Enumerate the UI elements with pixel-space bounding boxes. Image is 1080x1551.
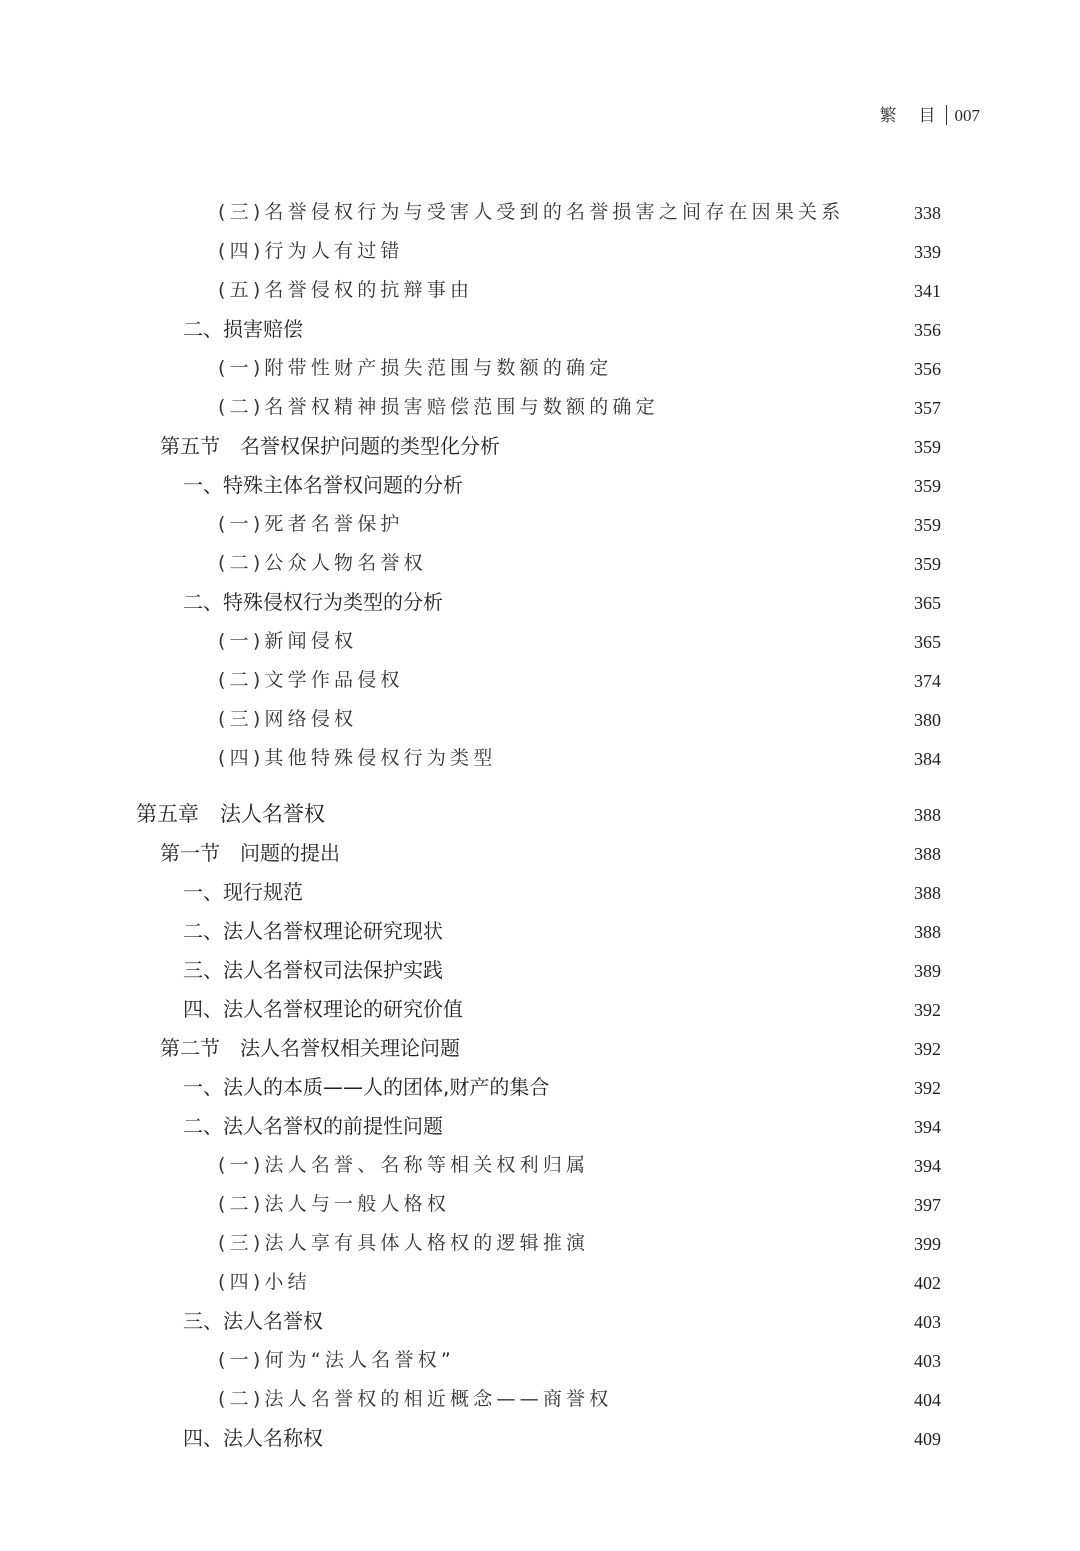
toc-entry[interactable]: (二)名誉权精神损害赔偿范围与数额的确定357 [0,394,1080,433]
toc-entry[interactable]: (三)法人享有具体人格权的逻辑推演399 [0,1230,1080,1269]
toc-entry-title: (二)名誉权精神损害赔偿范围与数额的确定 [218,394,659,420]
toc-entry[interactable]: (二)文学作品侵权374 [0,667,1080,706]
toc-entry-page: 341 [914,279,941,303]
toc-chapter-entry[interactable]: 第五章 法人名誉权388 [0,801,1080,840]
toc-entry[interactable]: 二、法人名誉权的前提性问题394 [0,1113,1080,1152]
toc-entry-page: 392 [914,1037,941,1061]
toc-entry-title: (三)名誉侵权行为与受害人受到的名誉损害之间存在因果关系 [218,199,844,225]
toc-entry-title: 三、法人名誉权 [183,1308,323,1334]
toc-entry-page: 388 [914,842,941,866]
toc-entry-title: (二)法人名誉权的相近概念——商誉权 [218,1386,612,1412]
toc-entry-page: 339 [914,240,941,264]
header-title-char-2: 目 [919,106,936,126]
toc-entry-page: 388 [914,920,941,944]
toc-entry-page: 392 [914,1076,941,1100]
header-title-char-1: 繁 [880,106,897,126]
toc-entry[interactable]: 三、法人名誉权403 [0,1308,1080,1347]
toc-entry-title: (四)其他特殊侵权行为类型 [218,745,496,771]
toc-entry-page: 338 [914,201,941,225]
toc-entry-page: 397 [914,1193,941,1217]
toc-entry-page: 380 [914,708,941,732]
toc-entry-title: 第五章 法人名誉权 [136,801,325,827]
toc-entry-title: 二、特殊侵权行为类型的分析 [183,589,443,615]
toc-entry-page: 365 [914,591,941,615]
toc-entry-title: (三)网络侵权 [218,706,357,732]
toc-entry[interactable]: (二)法人与一般人格权397 [0,1191,1080,1230]
toc-entry-page: 356 [914,318,941,342]
toc-entry[interactable]: 三、法人名誉权司法保护实践389 [0,957,1080,996]
toc-entry-title: (四)小结 [218,1269,311,1295]
toc-entry-title: (二)文学作品侵权 [218,667,404,693]
toc-entry-title: (二)法人与一般人格权 [218,1191,450,1217]
toc-entry-page: 384 [914,747,941,771]
toc-entry-page: 359 [914,513,941,537]
toc-entry-title: 一、特殊主体名誉权问题的分析 [183,472,463,498]
toc-entry-page: 399 [914,1232,941,1256]
toc-entry-title: (二)公众人物名誉权 [218,550,427,576]
toc-entry-title: 第五节 名誉权保护问题的类型化分析 [160,433,500,459]
toc-entry[interactable]: 第一节 问题的提出388 [0,840,1080,879]
toc-entry-title: (一)新闻侵权 [218,628,357,654]
toc-entry-page: 359 [914,474,941,498]
toc-entry[interactable]: (三)网络侵权380 [0,706,1080,745]
toc-entry[interactable]: 二、损害赔偿356 [0,316,1080,355]
toc-entry[interactable]: (一)新闻侵权365 [0,628,1080,667]
toc-entry-title: (三)法人享有具体人格权的逻辑推演 [218,1230,589,1256]
toc-entry-title: 二、损害赔偿 [183,316,303,342]
toc-entry[interactable]: 第二节 法人名誉权相关理论问题392 [0,1035,1080,1074]
toc-entry[interactable]: (一)死者名誉保护359 [0,511,1080,550]
toc-entry[interactable]: 第五节 名誉权保护问题的类型化分析359 [0,433,1080,472]
toc-entry-title: 一、现行规范 [183,879,303,905]
toc-entry[interactable]: (一)附带性财产损失范围与数额的确定356 [0,355,1080,394]
toc-entry-title: (五)名誉侵权的抗辩事由 [218,277,473,303]
toc-entry-title: 第二节 法人名誉权相关理论问题 [160,1035,460,1061]
toc-entry-page: 403 [914,1310,941,1334]
toc-entry-title: 二、法人名誉权的前提性问题 [183,1113,443,1139]
toc-entry-title: 第一节 问题的提出 [160,840,340,866]
toc-entry-page: 409 [914,1427,941,1451]
toc-entry-title: 三、法人名誉权司法保护实践 [183,957,443,983]
toc-entry[interactable]: (四)其他特殊侵权行为类型384 [0,745,1080,784]
toc-entry-title: 四、法人名称权 [183,1425,323,1451]
toc-entry-page: 388 [914,881,941,905]
toc-entry[interactable]: 四、法人名称权409 [0,1425,1080,1464]
toc-entry-page: 356 [914,357,941,381]
toc-entry-page: 359 [914,435,941,459]
header-page-number: 007 [955,106,981,125]
toc-entry[interactable]: (四)行为人有过错339 [0,238,1080,277]
toc-entry-page: 394 [914,1115,941,1139]
toc-entry[interactable]: 四、法人名誉权理论的研究价值392 [0,996,1080,1035]
toc-entry[interactable]: (二)公众人物名誉权359 [0,550,1080,589]
toc-entry[interactable]: (二)法人名誉权的相近概念——商誉权404 [0,1386,1080,1425]
toc-entry-page: 392 [914,998,941,1022]
toc-entry-page: 404 [914,1388,941,1412]
toc-entry[interactable]: (四)小结402 [0,1269,1080,1308]
toc-entry-title: (一)附带性财产损失范围与数额的确定 [218,355,612,381]
toc-entry[interactable]: (三)名誉侵权行为与受害人受到的名誉损害之间存在因果关系338 [0,199,1080,238]
toc-entry-page: 389 [914,959,941,983]
toc-entry[interactable]: (一)何为“法人名誉权”403 [0,1347,1080,1386]
toc-entry[interactable]: (五)名誉侵权的抗辩事由341 [0,277,1080,316]
header-separator [946,105,947,125]
toc-entry-page: 365 [914,630,941,654]
toc-entry-title: 一、法人的本质——人的团体,财产的集合 [183,1074,549,1100]
toc-entry[interactable]: 一、特殊主体名誉权问题的分析359 [0,472,1080,511]
toc-entry-page: 402 [914,1271,941,1295]
running-header: 繁目007 [0,101,980,126]
toc-entry-page: 374 [914,669,941,693]
toc-entry-title: (一)何为“法人名誉权” [218,1347,455,1373]
toc-entry[interactable]: 二、特殊侵权行为类型的分析365 [0,589,1080,628]
toc-entry-title: (一)死者名誉保护 [218,511,404,537]
toc-entry-title: (一)法人名誉、名称等相关权利归属 [218,1152,589,1178]
toc-entry-page: 394 [914,1154,941,1178]
toc-entry-title: 二、法人名誉权理论研究现状 [183,918,443,944]
toc-entry[interactable]: 一、法人的本质——人的团体,财产的集合392 [0,1074,1080,1113]
toc-entry[interactable]: 二、法人名誉权理论研究现状388 [0,918,1080,957]
toc-entry-page: 359 [914,552,941,576]
toc-entry-page: 403 [914,1349,941,1373]
toc-entry-title: (四)行为人有过错 [218,238,404,264]
toc-entry-title: 四、法人名誉权理论的研究价值 [183,996,463,1022]
toc-entry-page: 388 [914,803,941,827]
toc-entry-page: 357 [914,396,941,420]
toc-entry[interactable]: (一)法人名誉、名称等相关权利归属394 [0,1152,1080,1191]
toc-entry[interactable]: 一、现行规范388 [0,879,1080,918]
